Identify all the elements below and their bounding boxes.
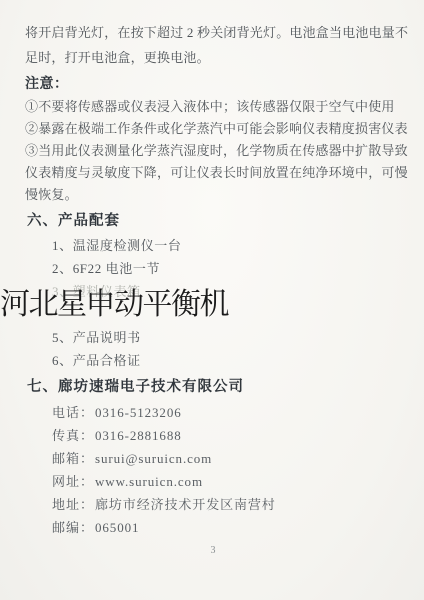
- section-heading-products: 六、产品配套: [27, 209, 401, 233]
- company-contact-list: 电话： 0316-5123206 传真： 0316-2881688 邮箱： su…: [52, 399, 401, 539]
- intro-line: 足时，打开电池盒，更换电池。: [25, 45, 401, 70]
- page-content: 将开启背光灯，在按下超过 2 秒关闭背光灯。电池盒当电池电量不 足时，打开电池盒…: [0, 0, 424, 557]
- contact-row-address: 地址： 廊坊市经济技术开发区南营村: [52, 493, 401, 516]
- postcode-label: 邮编：: [52, 516, 95, 539]
- notice-line-3: ③当用此仪表测量化学蒸汽湿度时，化学物质在传感器中扩散导致: [25, 140, 401, 162]
- phone-value: 0316-5123206: [95, 401, 182, 424]
- intro-paragraph: 将开启背光灯，在按下超过 2 秒关闭背光灯。电池盒当电池电量不 足时，打开电池盒…: [25, 20, 401, 70]
- postcode-value: 065001: [95, 516, 139, 539]
- scanned-manual-page: 将开启背光灯，在按下超过 2 秒关闭背光灯。电池盒当电池电量不 足时，打开电池盒…: [0, 0, 424, 600]
- list-item-6: 6、产品合格证: [52, 349, 401, 372]
- contact-row-email: 邮箱： surui@suruicn.com: [52, 447, 401, 470]
- intro-line: 将开启背光灯，在按下超过 2 秒关闭背光灯。电池盒当电池电量不: [25, 20, 401, 45]
- notice-line-1: ①不要将传感器或仪表浸入液体中；该传感器仅限于空气中使用: [25, 96, 401, 118]
- notice-heading: 注意：: [25, 74, 401, 96]
- contact-row-phone: 电话： 0316-5123206: [52, 401, 401, 424]
- fax-label: 传真：: [52, 424, 95, 447]
- section-heading-company: 七、廊坊速瑞电子技术有限公司: [27, 375, 401, 399]
- phone-label: 电话：: [52, 401, 95, 424]
- watermark-text: 河北星申动平衡机: [0, 289, 228, 321]
- list-item-5: 5、产品说明书: [52, 326, 401, 349]
- email-label: 邮箱：: [52, 447, 95, 470]
- list-item-1: 1、温湿度检测仪一台: [52, 234, 401, 257]
- page-number: 3: [25, 545, 401, 557]
- email-value: surui@suruicn.com: [95, 447, 212, 470]
- website-label: 网址：: [52, 470, 95, 493]
- address-value: 廊坊市经济技术开发区南营村: [95, 493, 276, 516]
- notice-line-2: ②暴露在极端工作条件或化学蒸汽中可能会影响仪表精度损害仪表: [25, 118, 401, 140]
- list-item-2: 2、6F22 电池一节: [52, 257, 401, 280]
- notice-line-3-cont2: 慢恢复。: [25, 184, 401, 206]
- contact-row-postcode: 邮编： 065001: [52, 516, 401, 539]
- contact-row-website: 网址： www.suruicn.com: [52, 470, 401, 493]
- website-value: www.suruicn.com: [95, 470, 203, 493]
- notice-line-3-cont: 仪表精度与灵敏度下降，可让仪表长时间放置在纯净环境中，可慢: [25, 162, 401, 184]
- notice-list: ①不要将传感器或仪表浸入液体中；该传感器仅限于空气中使用 ②暴露在极端工作条件或…: [25, 96, 401, 206]
- address-label: 地址：: [52, 493, 95, 516]
- contact-row-fax: 传真： 0316-2881688: [52, 424, 401, 447]
- fax-value: 0316-2881688: [95, 424, 182, 447]
